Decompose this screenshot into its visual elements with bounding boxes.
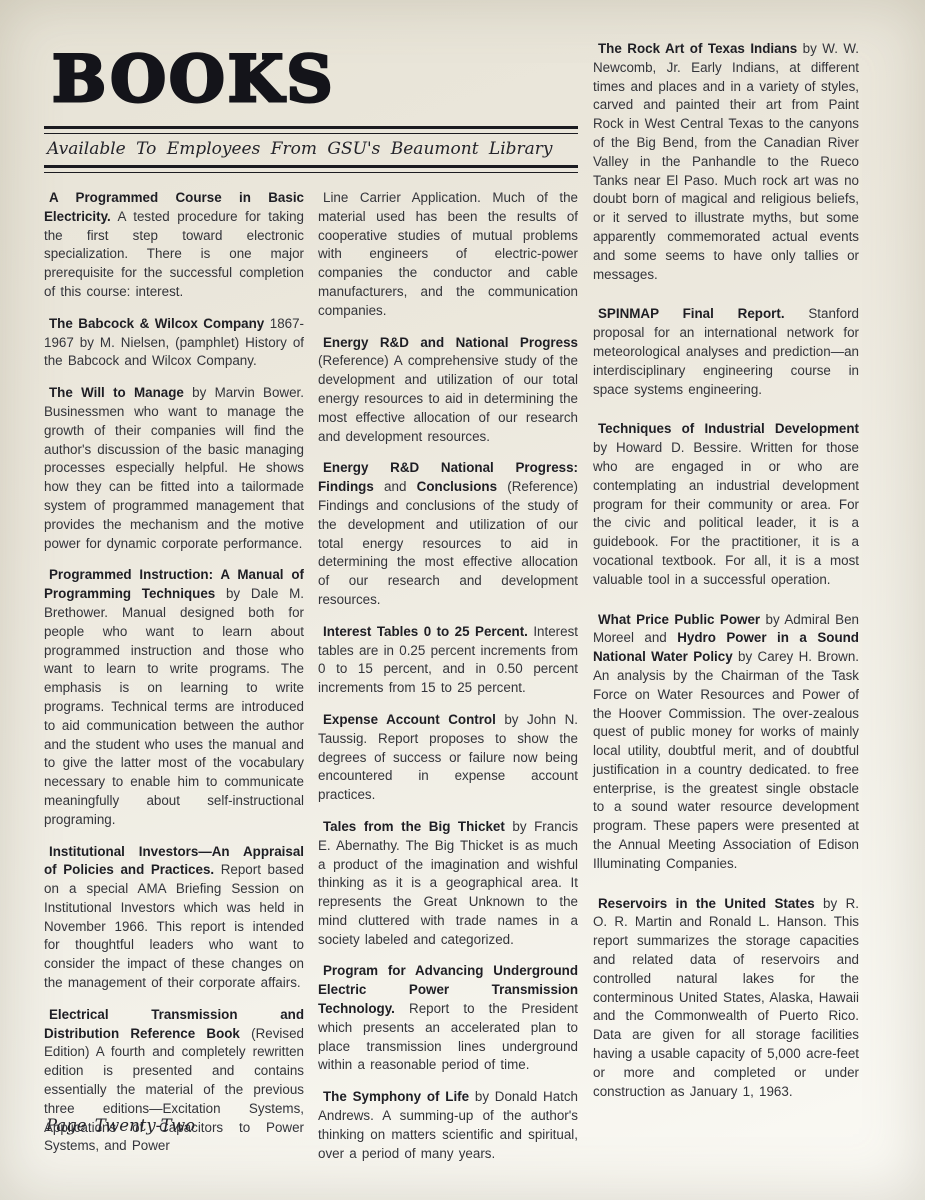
header-and-left-columns: BOOKS Available To Employees From GSU's … <box>44 38 578 1200</box>
book-title: Tales from the Big Thicket <box>323 819 505 834</box>
book-title: Energy R&D and National Progress <box>323 335 578 350</box>
book-entry: Energy R&D National Progress: Findings a… <box>318 459 578 609</box>
book-description: by Howard D. Bessire. Written for those … <box>593 440 859 587</box>
book-description: by Carey H. Brown. An analysis by the Ch… <box>593 649 859 871</box>
book-entry: Tales from the Big Thicket by Francis E.… <box>318 818 578 950</box>
book-entry: Institutional Investors—An Appraisal of … <box>44 843 304 993</box>
scanned-page: BOOKS Available To Employees From GSU's … <box>0 0 925 1200</box>
book-title: Conclusions <box>417 479 497 494</box>
book-entry: The Rock Art of Texas Indians by W. W. N… <box>593 40 859 284</box>
books-logo: BOOKS <box>44 38 578 126</box>
book-title: What Price Public Power <box>598 612 760 627</box>
book-title: The Rock Art of Texas Indians <box>598 41 797 56</box>
book-description: (Reference) A comprehensive study of the… <box>318 353 578 443</box>
book-entry: Expense Account Control by John N. Tauss… <box>318 711 578 805</box>
book-description: Report based on a special AMA Briefing S… <box>44 862 304 990</box>
book-title: Techniques of Industrial Development <box>598 421 859 436</box>
book-title: The Babcock & Wilcox Company <box>49 316 264 331</box>
book-description: by Marvin Bower. Businessmen who want to… <box>44 385 304 550</box>
column-1: A Programmed Course in Basic Electricity… <box>44 189 304 1176</box>
book-description: Line Carrier Application. Much of the ma… <box>318 190 578 318</box>
book-entry: Reservoirs in the United States by R. O.… <box>593 895 859 1102</box>
book-entry: The Will to Manage by Marvin Bower. Busi… <box>44 384 304 553</box>
book-entry: Techniques of Industrial Development by … <box>593 420 859 589</box>
book-title: SPINMAP Final Report. <box>598 306 785 321</box>
book-entry: SPINMAP Final Report. Stanford proposal … <box>593 305 859 399</box>
book-title: The Symphony of Life <box>323 1089 469 1104</box>
book-description: by R. O. R. Martin and Ronald L. Hanson.… <box>593 896 859 1099</box>
header-rule-top <box>44 126 578 134</box>
column-3: The Rock Art of Texas Indians by W. W. N… <box>593 38 859 1200</box>
book-description: by W. W. Newcomb, Jr. Early Indians, at … <box>593 41 859 282</box>
book-description: by Dale M. Brethower. Manual designed bo… <box>44 586 304 827</box>
book-title: Interest Tables 0 to 25 Percent. <box>323 624 528 639</box>
book-entry: The Babcock & Wilcox Company 1867-1967 b… <box>44 315 304 371</box>
book-title: The Will to Manage <box>49 385 184 400</box>
book-entry: Energy R&D and National Progress (Refere… <box>318 334 578 447</box>
book-entry: Programmed Instruction: A Manual of Prog… <box>44 566 304 829</box>
book-entry: The Symphony of Life by Donald Hatch And… <box>318 1088 578 1163</box>
column-2: Line Carrier Application. Much of the ma… <box>318 189 578 1176</box>
book-entry: Interest Tables 0 to 25 Percent. Interes… <box>318 623 578 698</box>
book-entry: A Programmed Course in Basic Electricity… <box>44 189 304 302</box>
book-description: by Francis E. Abernathy. The Big Thicket… <box>318 819 578 947</box>
page-footer: Page Twenty-Two <box>46 1116 195 1135</box>
book-entry: Program for Advancing Underground Electr… <box>318 962 578 1075</box>
book-title: Expense Account Control <box>323 712 496 727</box>
left-columns: A Programmed Course in Basic Electricity… <box>44 189 578 1176</box>
book-description: and <box>374 479 417 494</box>
book-description: (Reference) Findings and conclusions of … <box>318 479 578 607</box>
book-title: Reservoirs in the United States <box>598 896 815 911</box>
book-entry: What Price Public Power by Admiral Ben M… <box>593 611 859 874</box>
library-subtitle: Available To Employees From GSU's Beaumo… <box>44 134 578 165</box>
header-rule-bottom <box>44 165 578 173</box>
book-entry: Line Carrier Application. Much of the ma… <box>318 189 578 321</box>
